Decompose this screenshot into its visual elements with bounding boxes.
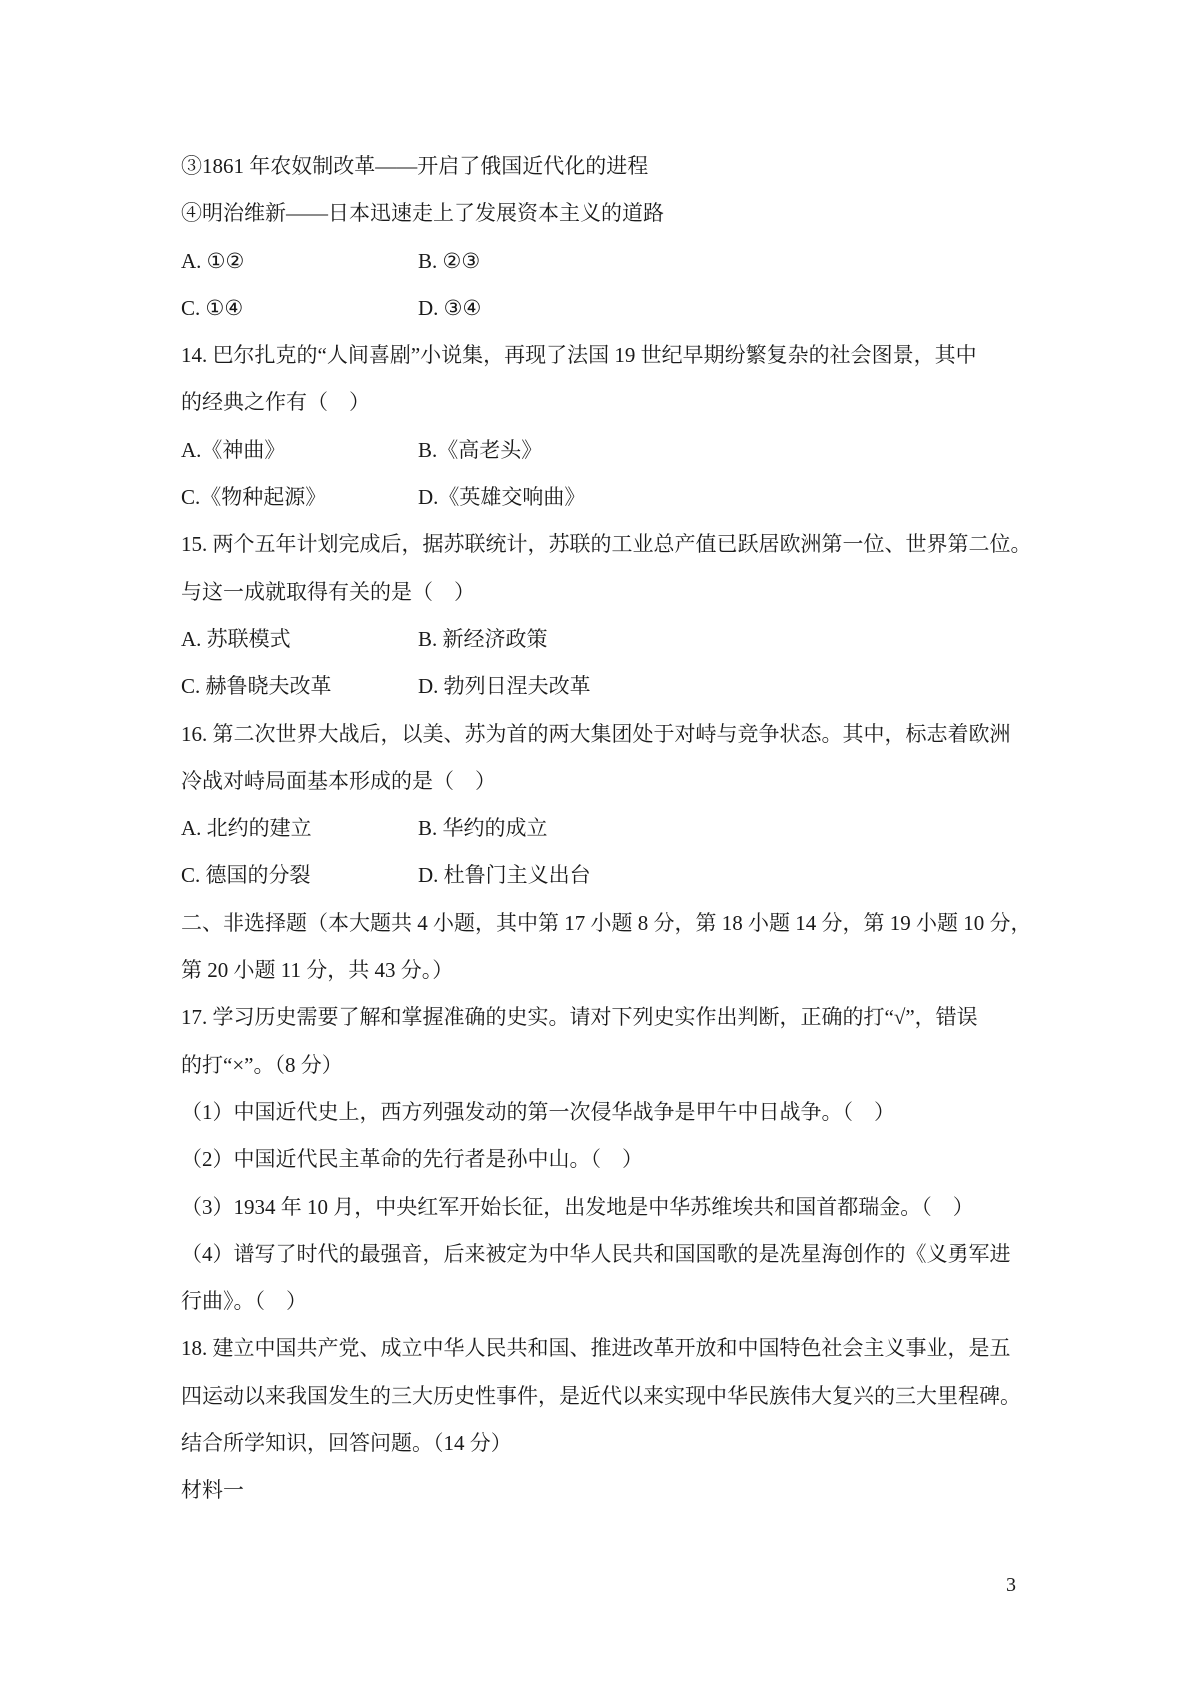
q16-option-d: D. 杜鲁门主义出台 xyxy=(418,852,591,899)
q15-option-c: C. 赫鲁晓夫改革 xyxy=(181,663,332,710)
q14-stem-line-1: 14. 巴尔扎克的“人间喜剧”小说集，再现了法国 19 世纪早期纷繁复杂的社会图… xyxy=(181,332,1026,379)
q15-options-row-2: C. 赫鲁晓夫改革 D. 勃列日涅夫改革 xyxy=(181,663,1026,710)
q18-material-1-label: 材料一 xyxy=(181,1467,1026,1514)
q17-subquestion-4-line-2: 行曲》。（ ） xyxy=(181,1278,1026,1325)
q13-item-4: ④明治维新——日本迅速走上了发展资本主义的道路 xyxy=(181,190,1026,237)
q13-item-3: ③1861 年农奴制改革——开启了俄国近代化的进程 xyxy=(181,143,1026,190)
q13-option-a: A. ①② xyxy=(181,238,244,285)
q16-stem-line-1: 16. 第二次世界大战后，以美、苏为首的两大集团处于对峙与竞争状态。其中，标志着… xyxy=(181,711,1026,758)
q14-option-a: A.《神曲》 xyxy=(181,427,285,474)
q17-subquestion-3: （3）1934 年 10 月，中央红军开始长征，出发地是中华苏维埃共和国首都瑞金… xyxy=(181,1184,1026,1231)
q16-option-b: B. 华约的成立 xyxy=(418,805,548,852)
q15-stem-line-2: 与这一成就取得有关的是（ ） xyxy=(181,569,1026,616)
q14-option-d: D.《英雄交响曲》 xyxy=(418,474,585,521)
q16-option-c: C. 德国的分裂 xyxy=(181,852,311,899)
q13-options-row-2: C. ①④ D. ③④ xyxy=(181,285,1026,332)
q15-stem-line-1: 15. 两个五年计划完成后，据苏联统计，苏联的工业总产值已跃居欧洲第一位、世界第… xyxy=(181,521,1026,568)
q14-options-row-2: C.《物种起源》 D.《英雄交响曲》 xyxy=(181,474,1026,521)
q16-stem-line-2: 冷战对峙局面基本形成的是（ ） xyxy=(181,758,1026,805)
q13-option-b: B. ②③ xyxy=(418,238,480,285)
q14-stem-line-2: 的经典之作有（ ） xyxy=(181,379,1026,426)
q17-stem-line-1: 17. 学习历史需要了解和掌握准确的史实。请对下列史实作出判断，正确的打“√”，… xyxy=(181,994,1026,1041)
q15-option-d: D. 勃列日涅夫改革 xyxy=(418,663,591,710)
section-2-header-line-2: 第 20 小题 11 分，共 43 分。） xyxy=(181,947,1026,994)
q16-options-row-2: C. 德国的分裂 D. 杜鲁门主义出台 xyxy=(181,852,1026,899)
q17-subquestion-1: （1）中国近代史上，西方列强发动的第一次侵华战争是甲午中日战争。（ ） xyxy=(181,1089,1026,1136)
q13-option-c: C. ①④ xyxy=(181,285,243,332)
q13-options-row-1: A. ①② B. ②③ xyxy=(181,238,1026,285)
section-2-header-line-1: 二、非选择题（本大题共 4 小题，其中第 17 小题 8 分，第 18 小题 1… xyxy=(181,900,1026,947)
q18-stem-line-3: 结合所学知识，回答问题。（14 分） xyxy=(181,1420,1026,1467)
q14-options-row-1: A.《神曲》 B.《高老头》 xyxy=(181,427,1026,474)
q16-options-row-1: A. 北约的建立 B. 华约的成立 xyxy=(181,805,1026,852)
q18-stem-line-2: 四运动以来我国发生的三大历史性事件，是近代以来实现中华民族伟大复兴的三大里程碑。 xyxy=(181,1373,1026,1420)
q17-subquestion-2: （2）中国近代民主革命的先行者是孙中山。（ ） xyxy=(181,1136,1026,1183)
q16-option-a: A. 北约的建立 xyxy=(181,805,312,852)
q14-option-b: B.《高老头》 xyxy=(418,427,542,474)
exam-body: ③1861 年农奴制改革——开启了俄国近代化的进程 ④明治维新——日本迅速走上了… xyxy=(181,143,1026,1515)
q13-option-d: D. ③④ xyxy=(418,285,481,332)
q15-options-row-1: A. 苏联模式 B. 新经济政策 xyxy=(181,616,1026,663)
q17-subquestion-4-line-1: （4）谱写了时代的最强音，后来被定为中华人民共和国国歌的是冼星海创作的《义勇军进 xyxy=(181,1231,1026,1278)
q15-option-a: A. 苏联模式 xyxy=(181,616,291,663)
page-number: 3 xyxy=(1006,1562,1016,1609)
exam-page: ③1861 年农奴制改革——开启了俄国近代化的进程 ④明治维新——日本迅速走上了… xyxy=(0,0,1200,1698)
q17-stem-line-2: 的打“×”。（8 分） xyxy=(181,1042,1026,1089)
q18-stem-line-1: 18. 建立中国共产党、成立中华人民共和国、推进改革开放和中国特色社会主义事业，… xyxy=(181,1325,1026,1372)
q15-option-b: B. 新经济政策 xyxy=(418,616,548,663)
q14-option-c: C.《物种起源》 xyxy=(181,474,326,521)
